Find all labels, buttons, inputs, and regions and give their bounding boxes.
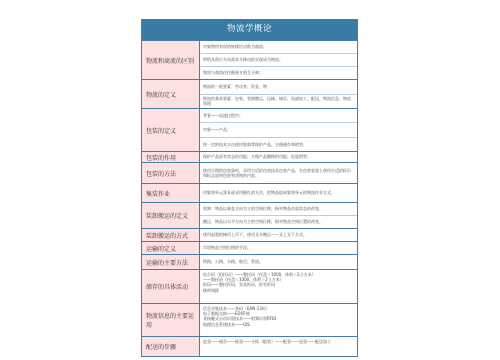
row-content: 对象物所有权的转移活动称为商流；带给从供应方向需求方移动的实现成为物流；物流与商…	[200, 41, 357, 79]
content-cell: 用集装单元器具或采用捆扎的方法，把物品组成集装单元的物流作业方式。	[200, 184, 357, 202]
table-row: 储存的具体活动综合码（组托码）——整托码（托盘＞1000，体积＜2立方米）——散…	[142, 269, 357, 303]
row-label: 运输的主要方法	[142, 255, 200, 269]
row-content: 装卸：物品以垂直方向为主的空间位移，指对物品存放状态的改变。搬运：物品以水平方向…	[200, 203, 357, 228]
content-cell: 对象——产品；	[200, 122, 357, 136]
mind-table: 物流学概论 物流和商流的区别对象物所有权的转移活动称为商流；带给从供应方向需求方…	[141, 19, 358, 357]
content-cell: 对象物所有权的转移活动称为商流；	[200, 41, 357, 53]
content-line: 进货——储存——拣货——分拣（配装）——配装——送货——配送加工	[203, 339, 354, 344]
content-cell: 搬运：物品以水平方向为主的空间位移，指对物品空间位置的改变。	[200, 215, 357, 228]
row-label: 包装的方法	[142, 163, 200, 183]
table-row: 物流和商流的区别对象物所有权的转移活动称为商流；带给从供应方向需求方移动的实现成…	[142, 40, 357, 79]
content-cell: 进货——储存——拣货——分拣（配装）——配装——送货——配送加工	[200, 337, 357, 356]
content-cell: 背景——流通过程中；	[200, 109, 357, 122]
content-cell: 物流的基本要素：包装、装卸搬运、运输、储存、流通加工、配送、物流信息、物流管理	[200, 94, 357, 109]
content-cell: 使用合理的包装器材，采用合适的包装技术包装产品，在包装容器上使用合适的标识和标志…	[200, 163, 357, 183]
table-row: 包装的方法使用合理的包装器材，采用合适的包装技术包装产品，在包装容器上使用合适的…	[142, 162, 357, 183]
row-label: 配送的步骤	[142, 337, 200, 356]
content-cell: 物流的一般要素：劳动者、资金、物	[200, 80, 357, 94]
row-label: 包装的定义	[142, 109, 200, 151]
row-content: 综合码（组托码）——整托码（托盘＞1000，体积＜2立方米）——散托码（托盘＜1…	[200, 270, 357, 303]
row-label: 装卸搬运的方式	[142, 229, 200, 241]
row-content: 实现物品空间位移的手段。	[200, 242, 357, 254]
table-row: 集装作业用集装单元器具或采用捆扎的方法，把物品组成集装单元的物流作业方式。	[142, 183, 357, 202]
row-label: 储存的具体活动	[142, 270, 200, 303]
content-cell: 铁路、公路、水路、航空、管道。	[200, 255, 357, 269]
content-cell: 保护产品原有状态的功能；方便产品搬移的功能；促进销售；	[200, 152, 357, 162]
content-cell: 信息采集技术——条码（EAN-13码）电子数据交换——EDI系统非接触式自动识别…	[200, 304, 357, 336]
content-cell: 使用起重机械吊上吊下，使用叉车搬运——叉上叉下方式。	[200, 229, 357, 241]
row-label: 物流和商流的区别	[142, 41, 200, 79]
row-content: 背景——流通过程中；对象——产品；按一定的技术方法使用容器等保护产品、方便储存和…	[200, 109, 357, 151]
table-row: 配送的步骤进货——储存——拣货——分拣（配装）——配装——送货——配送加工	[142, 336, 357, 356]
row-content: 信息采集技术——条码（EAN-13码）电子数据交换——EDI系统非接触式自动识别…	[200, 304, 357, 336]
table-row: 包装的定义背景——流通过程中；对象——产品；按一定的技术方法使用容器等保护产品、…	[142, 108, 357, 151]
row-content: 进货——储存——拣货——分拣（配装）——配装——送货——配送加工	[200, 337, 357, 356]
content-cell: 带给从供应方向需求方移动的实现成为物流；	[200, 53, 357, 66]
content-cell: 物流与商流往往既统又相互分离；	[200, 66, 357, 79]
row-content: 使用合理的包装器材，采用合适的包装技术包装产品，在包装容器上使用合适的标识和标志…	[200, 163, 357, 183]
row-content: 使用起重机械吊上吊下，使用叉车搬运——叉上叉下方式。	[200, 229, 357, 241]
row-label: 物流信息的主要运用	[142, 304, 200, 336]
row-content: 用集装单元器具或采用捆扎的方法，把物品组成集装单元的物流作业方式。	[200, 184, 357, 202]
table-body: 物流和商流的区别对象物所有权的转移活动称为商流；带给从供应方向需求方移动的实现成…	[142, 40, 357, 356]
table-row: 运输的主要方法铁路、公路、水路、航空、管道。	[142, 254, 357, 269]
row-content: 铁路、公路、水路、航空、管道。	[200, 255, 357, 269]
content-cell: 实现物品空间位移的手段。	[200, 242, 357, 254]
content-cell: 综合码（组托码）——整托码（托盘＞1000，体积＜2立方米）——散托码（托盘＜1…	[200, 270, 357, 303]
page-title: 物流学概论	[142, 19, 357, 40]
row-label: 集装作业	[142, 184, 200, 202]
row-label: 包装的作用	[142, 152, 200, 162]
row-label: 装卸搬运的定义	[142, 203, 200, 228]
table-row: 物流的定义物流的一般要素：劳动者、资金、物物流的基本要素：包装、装卸搬运、运输、…	[142, 79, 357, 108]
table-row: 运输的定义实现物品空间位移的手段。	[142, 241, 357, 254]
content-line: 移库调拨	[203, 288, 354, 293]
row-content: 物流的一般要素：劳动者、资金、物物流的基本要素：包装、装卸搬运、运输、储存、流通…	[200, 80, 357, 108]
content-cell: 按一定的技术方法使用容器等保护产品、方便储存和销售。	[200, 137, 357, 151]
row-content: 保护产品原有状态的功能；方便产品搬移的功能；促进销售；	[200, 152, 357, 162]
table-row: 包装的作用保护产品原有状态的功能；方便产品搬移的功能；促进销售；	[142, 151, 357, 162]
table-row: 装卸搬运的方式使用起重机械吊上吊下，使用叉车搬运——叉上叉下方式。	[142, 228, 357, 241]
content-cell: 装卸：物品以垂直方向为主的空间位移，指对物品存放状态的改变。	[200, 203, 357, 215]
row-label: 物流的定义	[142, 80, 200, 108]
table-row: 装卸搬运的定义装卸：物品以垂直方向为主的空间位移，指对物品存放状态的改变。搬运：…	[142, 202, 357, 228]
row-label: 运输的定义	[142, 242, 200, 254]
content-line: 地理信息系统技术——GIS	[203, 322, 354, 327]
table-row: 物流信息的主要运用信息采集技术——条码（EAN-13码）电子数据交换——EDI系…	[142, 303, 357, 336]
